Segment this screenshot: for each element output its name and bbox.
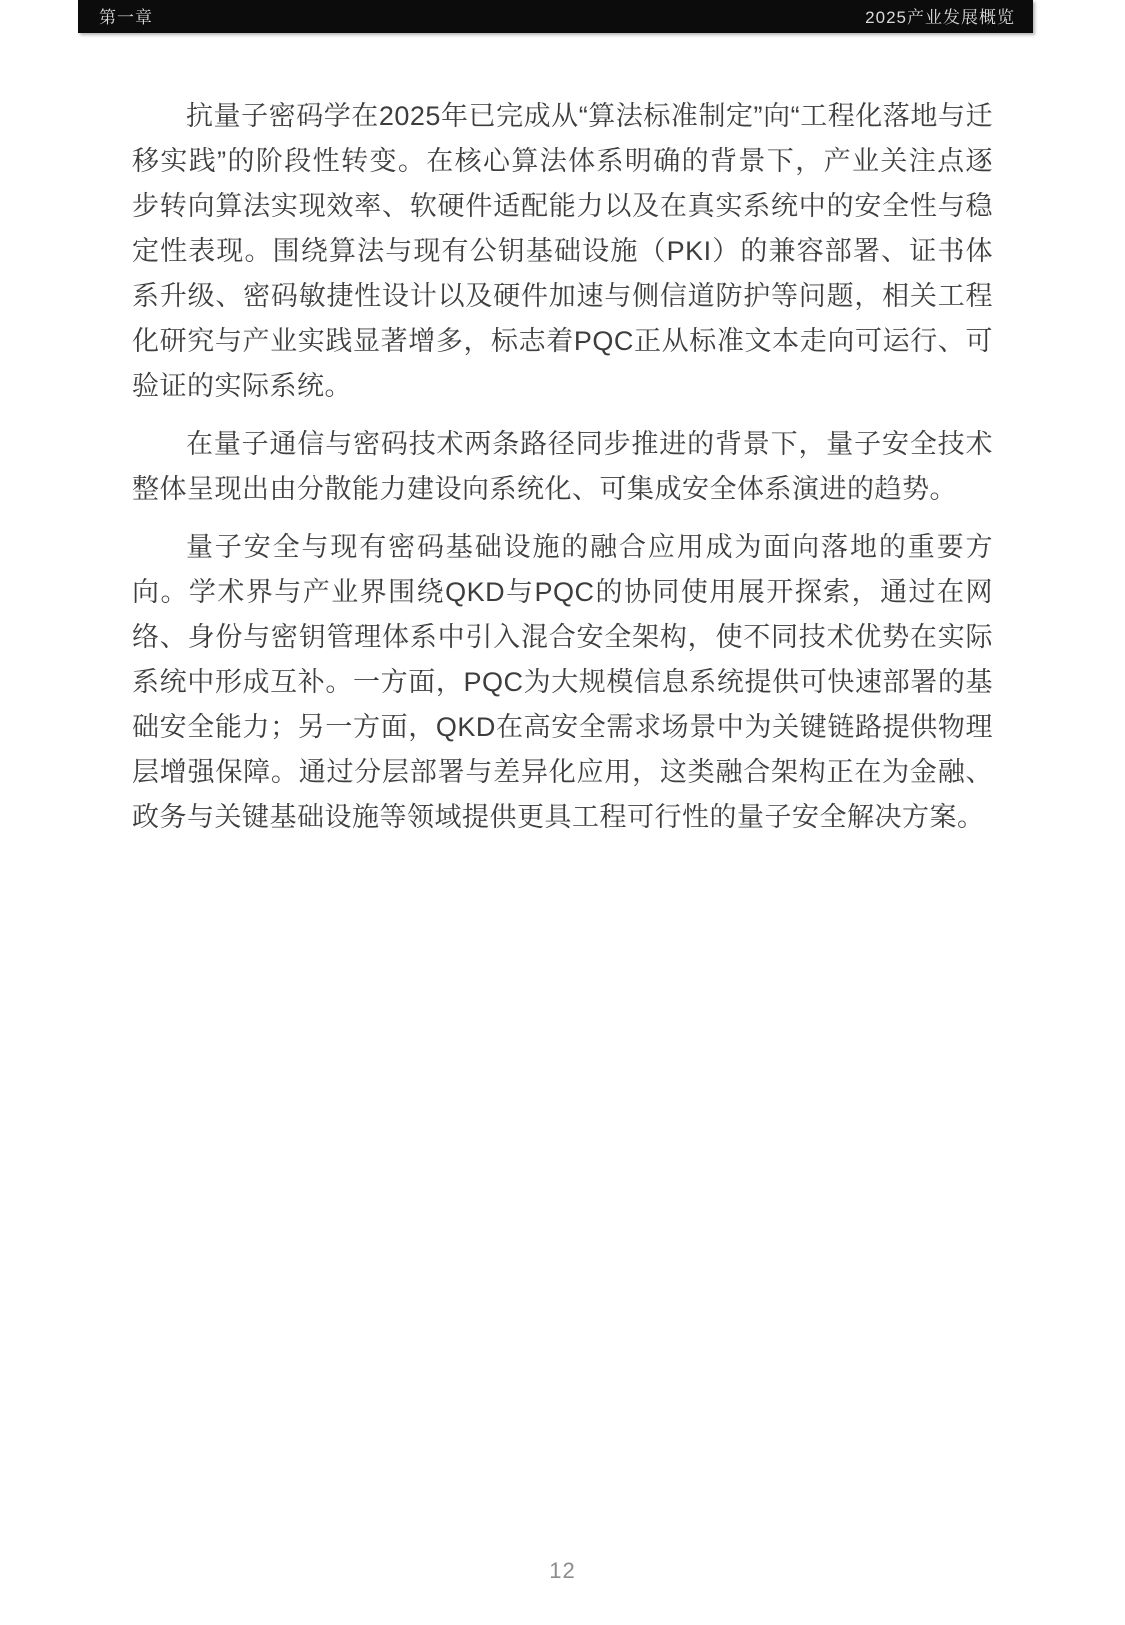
chapter-title: 2025产业发展概览 [865, 3, 1015, 28]
paragraph-quantum-security-trend: 在量子通信与密码技术两条路径同步推进的背景下，量子安全技术整体呈现出由分散能力建… [132, 422, 993, 512]
chapter-label: 第一章 [99, 3, 153, 28]
document-page: 第一章 2025产业发展概览 抗量子密码学在2025年已完成从“算法标准制定”向… [0, 0, 1125, 1625]
page-footer: 12 [0, 1558, 1125, 1584]
page-number: 12 [549, 1558, 575, 1583]
paragraph-pqc-transition: 抗量子密码学在2025年已完成从“算法标准制定”向“工程化落地与迁移实践”的阶段… [132, 94, 993, 409]
page-body: 抗量子密码学在2025年已完成从“算法标准制定”向“工程化落地与迁移实践”的阶段… [132, 94, 993, 853]
paragraph-qkd-pqc-fusion: 量子安全与现有密码基础设施的融合应用成为面向落地的重要方向。学术界与产业界围绕Q… [132, 525, 993, 840]
chapter-header-bar: 第一章 2025产业发展概览 [78, 0, 1033, 33]
